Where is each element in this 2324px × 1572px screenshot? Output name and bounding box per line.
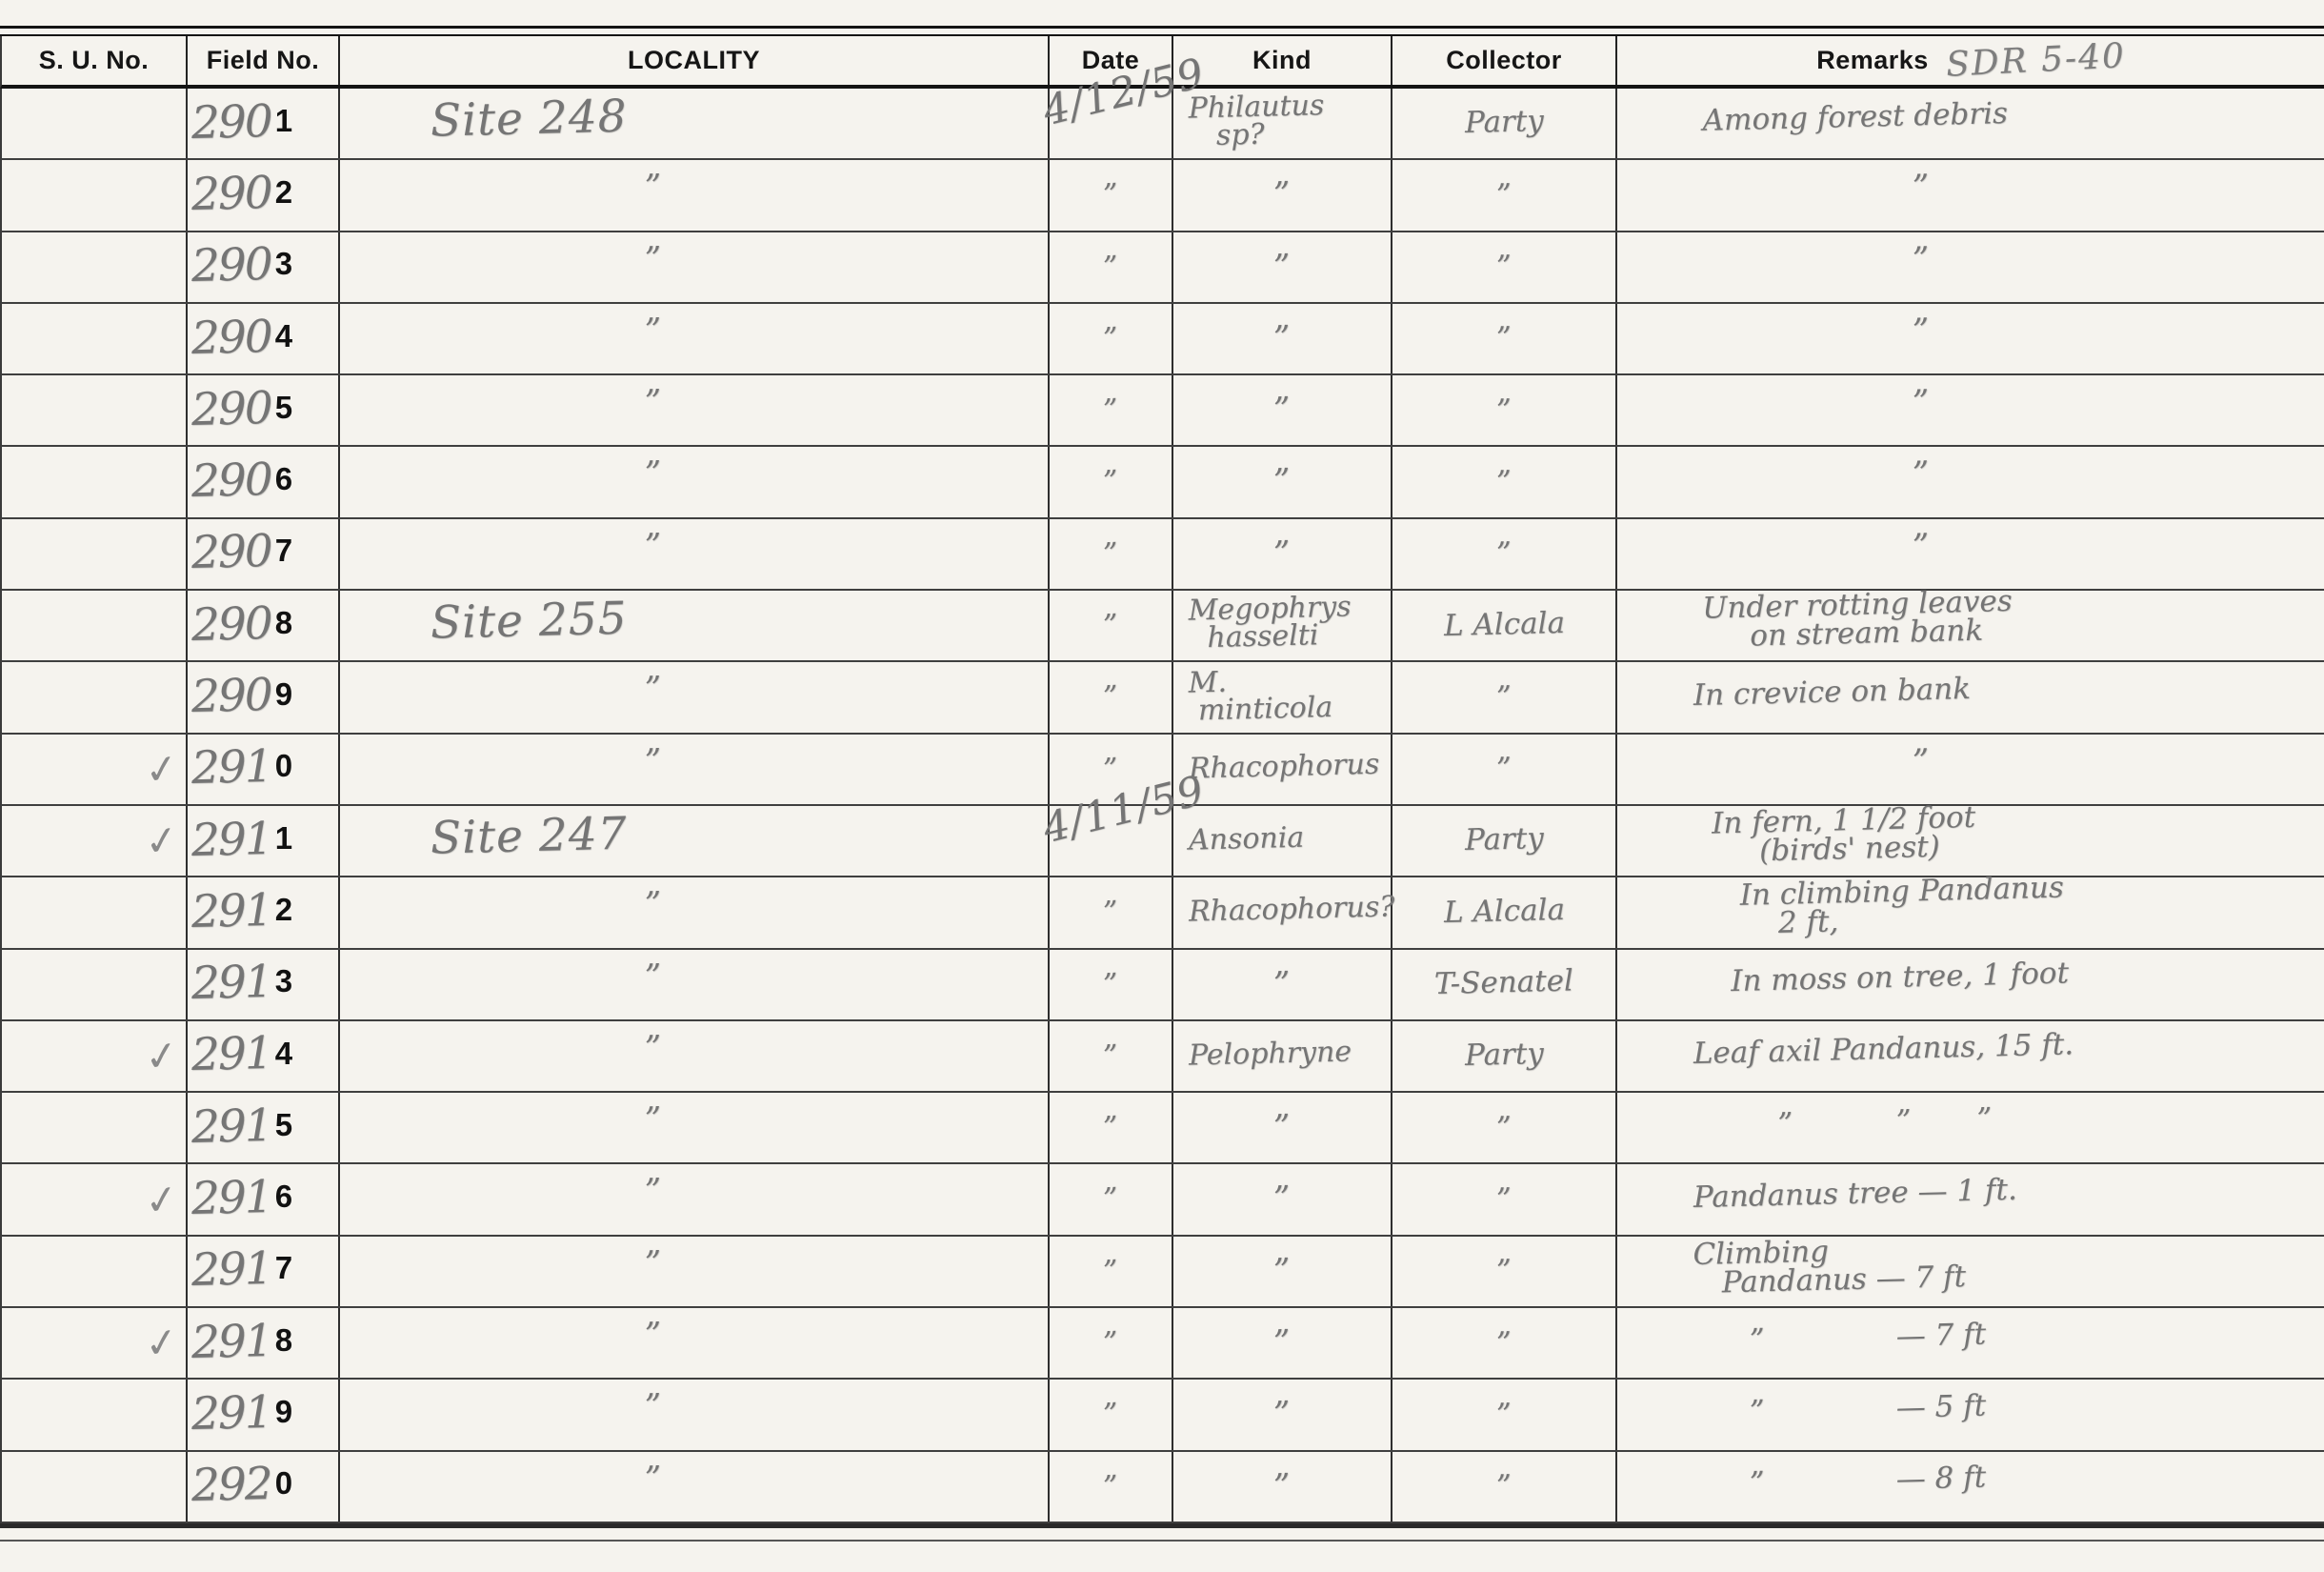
locality-handwriting: ” [340, 1176, 662, 1216]
date-cell: ” [1050, 304, 1173, 373]
date-handwriting: ” [1103, 181, 1118, 210]
table-row: 290 6 ” ” ” ” ” [0, 447, 2324, 518]
kind-cell: ” [1173, 1308, 1392, 1378]
kind-cell: ” [1173, 519, 1392, 589]
date-cell: ” [1050, 877, 1173, 947]
checkmark: ✓ [142, 744, 182, 795]
su-no-cell [2, 1452, 188, 1522]
collector-handwriting: L Alcala [1443, 896, 1565, 927]
field-no-cell: 291 0 [188, 735, 340, 804]
date-handwriting: ” [1103, 898, 1118, 927]
collector-cell: Party [1392, 806, 1617, 876]
field-no-cell: 290 7 [188, 519, 340, 589]
field-no-cell: 290 3 [188, 232, 340, 302]
table-row: 290 4 ” ” ” ” ” [0, 304, 2324, 375]
locality-handwriting: ” [340, 674, 662, 714]
locality-cell: ” [340, 735, 1050, 804]
remarks-handwriting: ” — 8 ft [1617, 1463, 1987, 1501]
locality-cell: ” [340, 1308, 1050, 1378]
su-no-cell [2, 304, 188, 373]
locality-handwriting: ” [340, 745, 662, 785]
table-row: 291 9 ” ” ” ” ” — 5 ft [0, 1380, 2324, 1451]
locality-cell: ” [340, 1164, 1050, 1234]
col-header-label: LOCALITY [628, 46, 760, 75]
date-cell: ” [1050, 1308, 1173, 1378]
remarks-handwriting: In crevice on bank [1617, 675, 1972, 712]
kind-cell: Ansonia [1173, 806, 1392, 876]
kind-handwriting: ” [1273, 537, 1291, 570]
collector-handwriting: Party [1464, 107, 1543, 137]
table-row: 291 3 ” ” ” T-Senatel In moss on tree, 1… [0, 950, 2324, 1021]
su-no-cell [2, 232, 188, 302]
date-cell: ” [1050, 375, 1173, 445]
field-no-handwritten-prefix: 290 [190, 387, 271, 433]
kind-handwriting: ” [1273, 968, 1291, 1000]
kind-handwriting: ” [1273, 1327, 1291, 1360]
collector-cell: Party [1392, 89, 1617, 158]
locality-handwriting: ” [340, 458, 662, 498]
collector-handwriting: Party [1464, 824, 1543, 855]
collector-cell: L Alcala [1392, 591, 1617, 660]
su-no-cell [2, 591, 188, 660]
su-no-cell [2, 447, 188, 516]
locality-handwriting: Site 247 [339, 812, 628, 862]
field-no-cell: 290 1 [188, 89, 340, 158]
locality-handwriting: ” [340, 243, 662, 283]
kind-handwriting: Rhacophorus? [1173, 894, 1395, 927]
remarks-cell: ” [1617, 232, 2324, 302]
col-header-su-no: S. U. No. [2, 36, 188, 85]
field-no-cell: 290 9 [188, 662, 340, 732]
date-cell: ” [1050, 591, 1173, 660]
locality-handwriting: ” [340, 889, 662, 929]
kind-handwriting: ” [1273, 394, 1291, 427]
col-header-label: Collector [1446, 46, 1562, 75]
su-no-cell [2, 519, 188, 589]
kind-handwriting: ” [1273, 1399, 1291, 1431]
field-no-cell: 290 2 [188, 160, 340, 230]
remarks-cell: ” ” ” [1617, 1093, 2324, 1162]
field-no-handwritten-prefix: 290 [190, 602, 271, 648]
field-no-cell: 291 5 [188, 1093, 340, 1162]
remarks-cell: ” [1617, 447, 2324, 516]
remarks-cell: In climbing Pandanus 2 ft, [1617, 877, 2324, 947]
top-margin [0, 0, 2324, 26]
date-cell: ” [1050, 1380, 1173, 1449]
collector-cell: ” [1392, 735, 1617, 804]
locality-handwriting: ” [340, 171, 662, 212]
su-no-cell: ✓ [2, 1164, 188, 1234]
remarks-handwriting: ” [1617, 387, 1930, 426]
table-row: 290 8 Site 255 ” Megophrys hasselti L Al… [0, 591, 2324, 662]
remarks-handwriting: ” — 7 ft [1617, 1320, 1987, 1358]
collector-cell: ” [1392, 1164, 1617, 1234]
date-handwriting: ” [1103, 683, 1118, 712]
kind-handwriting: ” [1273, 322, 1291, 354]
locality-cell: ” [340, 1452, 1050, 1522]
kind-handwriting: ” [1273, 179, 1291, 212]
remarks-handwriting: ” [1617, 244, 1930, 283]
remarks-handwriting: In moss on tree, 1 foot [1617, 958, 2070, 998]
remarks-cell: ” [1617, 735, 2324, 804]
su-no-cell [2, 1380, 188, 1449]
collector-cell: ” [1392, 375, 1617, 445]
field-no-cell: 290 6 [188, 447, 340, 516]
field-no-printed-digit: 3 [275, 963, 292, 999]
locality-cell: ” [340, 877, 1050, 947]
locality-cell: ” [340, 1380, 1050, 1449]
field-no-cell: 291 8 [188, 1308, 340, 1378]
locality-cell: ” [340, 447, 1050, 516]
date-cell: ” [1050, 950, 1173, 1019]
date-handwriting: ” [1103, 468, 1118, 496]
remarks-cell: ” [1617, 304, 2324, 373]
table-row: 290 1 Site 248 4/12/59 Philautus sp? Par… [0, 89, 2324, 160]
field-no-cell: 290 8 [188, 591, 340, 660]
kind-cell: ” [1173, 375, 1392, 445]
field-no-cell: 292 0 [188, 1452, 340, 1522]
su-no-cell [2, 160, 188, 230]
collector-handwriting: ” [1496, 468, 1513, 497]
remarks-cell: Leaf axil Pandanus, 15 ft. [1617, 1021, 2324, 1091]
field-no-printed-digit: 0 [275, 748, 292, 784]
table-row: 290 2 ” ” ” ” ” [0, 160, 2324, 232]
col-header-label: Field No. [207, 46, 320, 75]
col-header-label: Kind [1252, 46, 1312, 75]
field-no-handwritten-prefix: 291 [190, 1247, 271, 1293]
col-header-remarks: Remarks SDR 5-40 [1617, 36, 2324, 85]
locality-cell: Site 248 [340, 89, 1050, 158]
checkmark: ✓ [142, 1031, 182, 1081]
table-row: 290 5 ” ” ” ” ” [0, 375, 2324, 447]
date-cell: ” [1050, 1164, 1173, 1234]
collector-handwriting: ” [1496, 1328, 1513, 1358]
field-no-printed-digit: 5 [275, 1107, 292, 1143]
field-no-printed-digit: 8 [275, 1322, 292, 1359]
su-no-cell: ✓ [2, 1021, 188, 1091]
date-cell: ” [1050, 519, 1173, 589]
remarks-cell: ” [1617, 519, 2324, 589]
collector-cell: ” [1392, 519, 1617, 589]
field-no-handwritten-prefix: 290 [190, 530, 271, 575]
date-handwriting: ” [1103, 1185, 1118, 1214]
remarks-cell: Climbing Pandanus — 7 ft [1617, 1237, 2324, 1306]
field-no-handwritten-prefix: 290 [190, 171, 271, 217]
date-cell: 4/12/59 [1050, 89, 1173, 158]
field-no-cell: 291 3 [188, 950, 340, 1019]
field-no-handwritten-prefix: 290 [190, 314, 271, 360]
table-row: ✓ 291 1 Site 247 4/11/59 Ansonia Party I… [0, 806, 2324, 877]
field-no-cell: 290 5 [188, 375, 340, 445]
remarks-handwriting: ” — 5 ft [1617, 1391, 1987, 1429]
field-no-cell: 291 4 [188, 1021, 340, 1091]
field-no-printed-digit: 5 [275, 390, 292, 426]
kind-cell: Pelophryne [1173, 1021, 1392, 1091]
table-row: 291 5 ” ” ” ” ” ” ” [0, 1093, 2324, 1164]
field-no-handwritten-prefix: 290 [190, 243, 271, 289]
bottom-heavy-rule [0, 1523, 2324, 1542]
kind-cell: ” [1173, 1237, 1392, 1306]
field-no-handwritten-prefix: 291 [190, 745, 271, 791]
kind-handwriting: ” [1273, 1112, 1291, 1144]
kind-cell: ” [1173, 304, 1392, 373]
field-no-handwritten-prefix: 291 [190, 889, 271, 935]
table-row: 290 3 ” ” ” ” ” [0, 232, 2324, 304]
remarks-cell: ” — 7 ft [1617, 1308, 2324, 1378]
su-no-cell [2, 662, 188, 732]
locality-cell: Site 247 [340, 806, 1050, 876]
kind-handwriting: ” [1273, 251, 1291, 283]
field-no-printed-digit: 2 [275, 892, 292, 928]
collector-handwriting: Party [1464, 1039, 1543, 1070]
collector-cell: ” [1392, 232, 1617, 302]
su-no-cell: ✓ [2, 806, 188, 876]
collector-cell: ” [1392, 1237, 1617, 1306]
su-no-cell [2, 375, 188, 445]
kind-handwriting: Philautus sp? [1172, 91, 1325, 151]
field-no-cell: 291 9 [188, 1380, 340, 1449]
locality-handwriting: ” [340, 1462, 662, 1502]
remarks-handwriting: ” ” ” [1617, 1104, 1993, 1142]
scanned-ledger-page: S. U. No. Field No. LOCALITY Date Kind C… [0, 0, 2324, 1572]
field-no-printed-digit: 9 [275, 676, 292, 713]
date-handwriting: ” [1103, 1472, 1118, 1501]
collector-handwriting: L Alcala [1443, 608, 1565, 639]
locality-cell: Site 255 [340, 591, 1050, 660]
collector-handwriting: ” [1496, 1400, 1513, 1429]
date-handwriting: ” [1103, 1401, 1118, 1429]
collector-cell: ” [1392, 1093, 1617, 1162]
remarks-cell: Under rotting leaves on stream bank [1617, 591, 2324, 660]
field-no-handwritten-prefix: 291 [190, 1391, 271, 1437]
field-no-handwritten-prefix: 291 [190, 1032, 271, 1078]
locality-handwriting: ” [340, 960, 662, 1000]
remarks-handwriting: Under rotting leaves on stream bank [1616, 587, 2013, 655]
field-no-handwritten-prefix: 290 [190, 674, 271, 719]
field-no-cell: 290 4 [188, 304, 340, 373]
locality-handwriting: ” [340, 387, 662, 427]
col-header-label: S. U. No. [39, 46, 150, 75]
remarks-cell: In fern, 1 1/2 foot (birds' nest) [1617, 806, 2324, 876]
locality-cell: ” [340, 662, 1050, 732]
checkmark: ✓ [142, 1174, 182, 1224]
date-handwriting: ” [1103, 539, 1118, 568]
field-no-printed-digit: 8 [275, 605, 292, 641]
date-cell: ” [1050, 232, 1173, 302]
locality-handwriting: Site 248 [339, 94, 628, 145]
locality-handwriting: Site 255 [339, 596, 628, 647]
collector-handwriting: T-Senatel [1434, 966, 1574, 998]
date-handwriting: ” [1103, 324, 1118, 353]
table-row: 291 7 ” ” ” ” Climbing Pandanus — 7 ft [0, 1237, 2324, 1308]
kind-cell: ” [1173, 1380, 1392, 1449]
collector-handwriting: ” [1496, 180, 1513, 210]
kind-cell: ” [1173, 1164, 1392, 1234]
locality-cell: ” [340, 375, 1050, 445]
table-row: ✓ 291 4 ” ” Pelophryne Party Leaf axil P… [0, 1021, 2324, 1093]
col-header-collector: Collector [1392, 36, 1617, 85]
field-no-printed-digit: 9 [275, 1394, 292, 1430]
collector-handwriting: ” [1496, 755, 1513, 784]
field-no-handwritten-prefix: 291 [190, 960, 271, 1006]
remarks-handwriting: ” [1617, 458, 1930, 497]
field-no-printed-digit: 2 [275, 174, 292, 211]
locality-cell: ” [340, 160, 1050, 230]
locality-handwriting: ” [340, 1391, 662, 1431]
remarks-cell: Among forest debris [1617, 89, 2324, 158]
date-handwriting: ” [1103, 1257, 1118, 1285]
remarks-handwriting: Among forest debris [1617, 99, 2009, 137]
table-row: 290 7 ” ” ” ” ” [0, 519, 2324, 591]
kind-cell: ” [1173, 1452, 1392, 1522]
field-no-printed-digit: 6 [275, 1179, 292, 1215]
table-row: ✓ 291 8 ” ” ” ” ” — 7 ft [0, 1308, 2324, 1380]
date-handwriting: ” [1103, 1041, 1118, 1070]
collector-handwriting: ” [1496, 1113, 1513, 1142]
kind-cell: Philautus sp? [1173, 89, 1392, 158]
date-cell: ” [1050, 662, 1173, 732]
col-header-locality: LOCALITY [340, 36, 1050, 85]
kind-cell: ” [1173, 232, 1392, 302]
su-no-cell [2, 950, 188, 1019]
date-handwriting: ” [1103, 1329, 1118, 1358]
remarks-handwriting: ” [1617, 171, 1930, 211]
field-no-cell: 291 7 [188, 1237, 340, 1306]
field-no-handwritten-prefix: 292 [190, 1462, 271, 1508]
date-cell: ” [1050, 1237, 1173, 1306]
collector-cell: ” [1392, 662, 1617, 732]
collector-handwriting: ” [1496, 682, 1513, 712]
kind-cell: Megophrys hasselti [1173, 591, 1392, 660]
date-cell: 4/11/59 [1050, 806, 1173, 876]
locality-handwriting: ” [340, 531, 662, 571]
date-handwriting: ” [1103, 252, 1118, 281]
kind-cell: ” [1173, 160, 1392, 230]
locality-handwriting: ” [340, 1033, 662, 1073]
remarks-handwriting: In fern, 1 1/2 foot (birds' nest) [1616, 803, 1976, 870]
table-row: ✓ 291 6 ” ” ” ” Pandanus tree — 1 ft. [0, 1164, 2324, 1236]
collector-cell: ” [1392, 1308, 1617, 1378]
field-no-printed-digit: 4 [275, 1036, 292, 1072]
locality-cell: ” [340, 1021, 1050, 1091]
collector-cell: ” [1392, 447, 1617, 516]
locality-cell: ” [340, 1093, 1050, 1162]
date-cell: ” [1050, 1452, 1173, 1522]
remarks-cell: Pandanus tree — 1 ft. [1617, 1164, 2324, 1234]
remarks-handwriting: ” [1617, 746, 1930, 785]
date-cell: ” [1050, 447, 1173, 516]
kind-handwriting: Pelophryne [1173, 1038, 1352, 1070]
kind-handwriting: ” [1273, 466, 1291, 498]
collector-handwriting: ” [1496, 1185, 1513, 1215]
field-no-printed-digit: 3 [275, 246, 292, 282]
kind-cell: Rhacophorus? [1173, 877, 1392, 947]
field-no-handwritten-prefix: 290 [190, 458, 271, 504]
field-no-handwritten-prefix: 291 [190, 1320, 271, 1365]
collector-handwriting: ” [1496, 1257, 1513, 1286]
locality-handwriting: ” [340, 1104, 662, 1144]
field-no-printed-digit: 0 [275, 1465, 292, 1501]
field-no-handwritten-prefix: 291 [190, 817, 271, 863]
locality-handwriting: ” [340, 1247, 662, 1287]
locality-handwriting: ” [340, 315, 662, 355]
locality-cell: ” [340, 304, 1050, 373]
checkmark: ✓ [142, 816, 182, 866]
date-handwriting: ” [1103, 396, 1118, 425]
locality-cell: ” [340, 1237, 1050, 1306]
kind-cell: ” [1173, 1093, 1392, 1162]
field-no-handwritten-prefix: 290 [190, 100, 271, 146]
collector-handwriting: ” [1496, 395, 1513, 425]
locality-cell: ” [340, 232, 1050, 302]
collector-cell: ” [1392, 1452, 1617, 1522]
kind-cell: ” [1173, 950, 1392, 1019]
remarks-handwriting: In climbing Pandanus 2 ft, [1616, 873, 2065, 941]
collector-cell: ” [1392, 160, 1617, 230]
remarks-cell: ” [1617, 160, 2324, 230]
remarks-handwriting: Leaf axil Pandanus, 15 ft. [1617, 1031, 2074, 1071]
col-header-label: Remarks [1816, 46, 1929, 75]
date-handwriting: ” [1103, 755, 1118, 783]
field-no-printed-digit: 1 [275, 103, 292, 139]
checkmark: ✓ [142, 1318, 182, 1368]
kind-cell: M. minticola [1173, 662, 1392, 732]
collector-handwriting: ” [1496, 1472, 1513, 1501]
collector-handwriting: ” [1496, 539, 1513, 569]
collector-cell: Party [1392, 1021, 1617, 1091]
table-body: 290 1 Site 248 4/12/59 Philautus sp? Par… [0, 89, 2324, 1523]
su-no-cell [2, 877, 188, 947]
table-row: 290 9 ” ” M. minticola ” In crevice on b… [0, 662, 2324, 734]
field-no-handwritten-prefix: 291 [190, 1104, 271, 1150]
table-row: 291 2 ” ” Rhacophorus? L Alcala In climb… [0, 877, 2324, 949]
su-no-cell [2, 1237, 188, 1306]
remarks-cell: ” — 8 ft [1617, 1452, 2324, 1522]
remarks-cell: ” — 5 ft [1617, 1380, 2324, 1449]
kind-handwriting: ” [1273, 1255, 1291, 1287]
remarks-cell: ” [1617, 375, 2324, 445]
field-no-printed-digit: 6 [275, 461, 292, 497]
locality-cell: ” [340, 950, 1050, 1019]
remarks-cell: In crevice on bank [1617, 662, 2324, 732]
locality-cell: ” [340, 519, 1050, 589]
top-double-rule [0, 26, 2324, 36]
date-handwriting: ” [1103, 612, 1118, 640]
field-no-printed-digit: 1 [275, 820, 292, 857]
collector-cell: T-Senatel [1392, 950, 1617, 1019]
locality-handwriting: ” [340, 1320, 662, 1360]
su-no-cell [2, 1093, 188, 1162]
remarks-handwriting: Pandanus tree — 1 ft. [1617, 1176, 2017, 1215]
collector-cell: L Alcala [1392, 877, 1617, 947]
su-no-cell: ✓ [2, 1308, 188, 1378]
field-no-printed-digit: 4 [275, 318, 292, 354]
col-header-field-no: Field No. [188, 36, 340, 85]
remarks-handwriting: ” [1617, 315, 1930, 354]
kind-handwriting: Ansonia [1173, 824, 1305, 856]
date-handwriting: ” [1103, 970, 1118, 998]
collector-handwriting: ” [1496, 324, 1513, 353]
field-no-handwritten-prefix: 291 [190, 1176, 271, 1221]
field-no-printed-digit: 7 [275, 1250, 292, 1286]
kind-handwriting: ” [1273, 1470, 1291, 1502]
remarks-handwriting: Climbing Pandanus — 7 ft [1616, 1234, 1966, 1300]
date-handwriting: ” [1103, 1114, 1118, 1142]
collector-cell: ” [1392, 1380, 1617, 1449]
field-no-cell: 291 2 [188, 877, 340, 947]
remarks-handwriting: ” [1617, 531, 1930, 570]
date-cell: ” [1050, 1021, 1173, 1091]
